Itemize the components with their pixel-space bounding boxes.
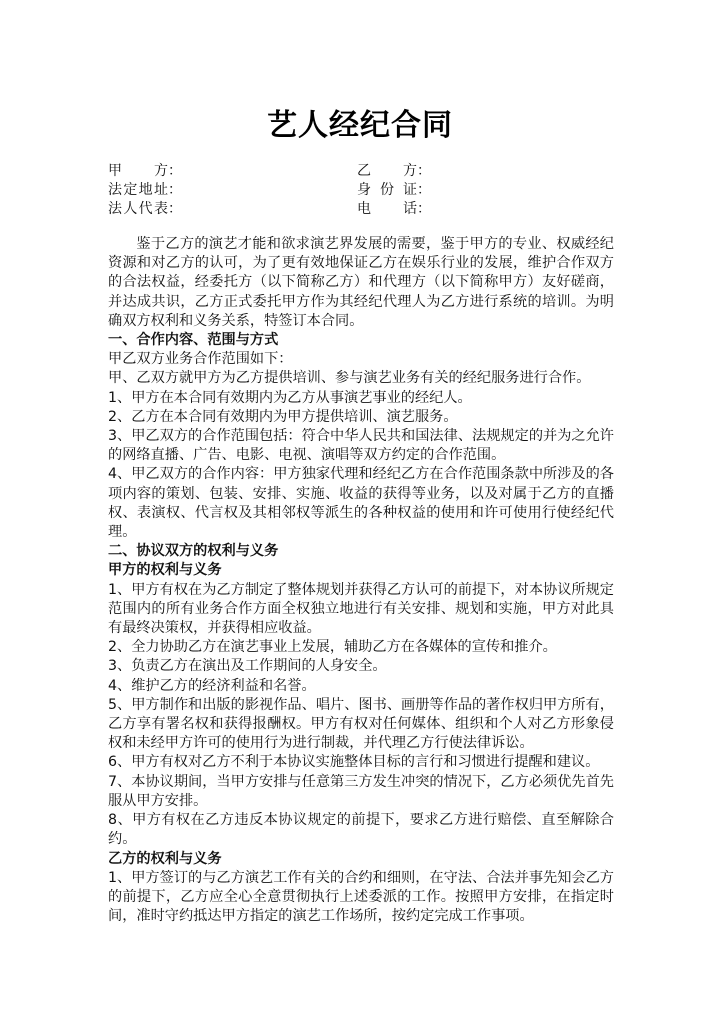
section-1-heading: 一、合作内容、范围与方式	[108, 331, 614, 350]
colon: ：	[417, 182, 431, 198]
legal-rep-label: 法人代表	[108, 200, 168, 219]
legal-address-label: 法定地址	[108, 181, 168, 200]
party-a-field: 甲方：	[108, 162, 182, 181]
party-a-item: 2、全力协助乙方在演艺事业上发展，辅助乙方在各媒体的宣传和推介。	[108, 638, 614, 657]
legal-address-field: 法定地址：	[108, 181, 182, 200]
party-info-block: 甲方： 乙方： 法定地址： 身份证： 法人代表： 电话：	[108, 162, 612, 219]
party-a-item: 3、负责乙方在演出及工作期间的人身安全。	[108, 657, 614, 676]
section-1-item: 3、甲乙双方的合作范围包括：符合中华人民共和国法律、法规规定的并为之允许的网络直…	[108, 427, 614, 465]
party-a-item: 1、甲方有权在为乙方制定了整体规划并获得乙方认可的前提下，对本协议所规定范围内的…	[108, 581, 614, 639]
party-a-item: 7、本协议期间，当甲方安排与任意第三方发生冲突的情况下，乙方必须优先首先服从甲方…	[108, 773, 614, 811]
colon: ：	[168, 182, 182, 198]
colon: ：	[168, 201, 182, 217]
document-page: 艺人经纪合同 甲方： 乙方： 法定地址： 身份证： 法人代表： 电话：	[0, 0, 720, 1017]
document-title: 艺人经纪合同	[0, 100, 720, 144]
section-1-item: 1、甲方在本合同有效期内为乙方从事演艺事业的经纪人。	[108, 389, 614, 408]
party-b-item: 1、甲方签订的与乙方演艺工作有关的合约和细则，在守法、合法并事先知会乙方的前提下…	[108, 869, 614, 927]
colon: ：	[417, 201, 431, 217]
colon: ：	[417, 163, 431, 179]
party-b-rights-heading: 乙方的权利与义务	[108, 850, 614, 869]
section-2-heading: 二、协议双方的权利与义务	[108, 542, 614, 561]
party-a-item: 5、甲方制作和出版的影视作品、唱片、图书、画册等作品的著作权归甲方所有，乙方享有…	[108, 696, 614, 754]
contract-body: 鉴于乙方的演艺才能和欲求演艺界发展的需要，鉴于甲方的专业、权威经纪资源和对乙方的…	[108, 235, 614, 926]
section-1-line: 甲、乙双方就甲方为乙方提供培训、参与演艺业务有关的经纪服务进行合作。	[108, 369, 614, 388]
party-a-rights-heading: 甲方的权利与义务	[108, 561, 614, 580]
id-number-label: 身份证	[357, 181, 417, 200]
party-b-label: 乙方	[357, 162, 417, 181]
party-row-1: 甲方： 乙方：	[108, 162, 612, 181]
section-1-item: 4、甲乙双方的合作内容：甲方独家代理和经纪乙方在合作范围条款中所涉及的各项内容的…	[108, 465, 614, 542]
party-row-3: 法人代表： 电话：	[108, 200, 612, 219]
section-1-item: 2、乙方在本合同有效期内为甲方提供培训、演艺服务。	[108, 408, 614, 427]
id-number-field: 身份证：	[357, 181, 431, 200]
preamble-paragraph: 鉴于乙方的演艺才能和欲求演艺界发展的需要，鉴于甲方的专业、权威经纪资源和对乙方的…	[108, 235, 614, 331]
legal-rep-field: 法人代表：	[108, 200, 182, 219]
section-1-line: 甲乙双方业务合作范围如下：	[108, 350, 614, 369]
party-a-item: 8、甲方有权在乙方违反本协议规定的前提下，要求乙方进行赔偿、直至解除合约。	[108, 811, 614, 849]
colon: ：	[168, 163, 182, 179]
party-a-item: 4、维护乙方的经济利益和名誉。	[108, 677, 614, 696]
party-a-item: 6、甲方有权对乙方不利于本协议实施整体目标的言行和习惯进行提醒和建议。	[108, 753, 614, 772]
phone-field: 电话：	[357, 200, 431, 219]
party-a-label: 甲方	[108, 162, 168, 181]
phone-label: 电话	[357, 200, 417, 219]
party-row-2: 法定地址： 身份证：	[108, 181, 612, 200]
party-b-field: 乙方：	[357, 162, 431, 181]
